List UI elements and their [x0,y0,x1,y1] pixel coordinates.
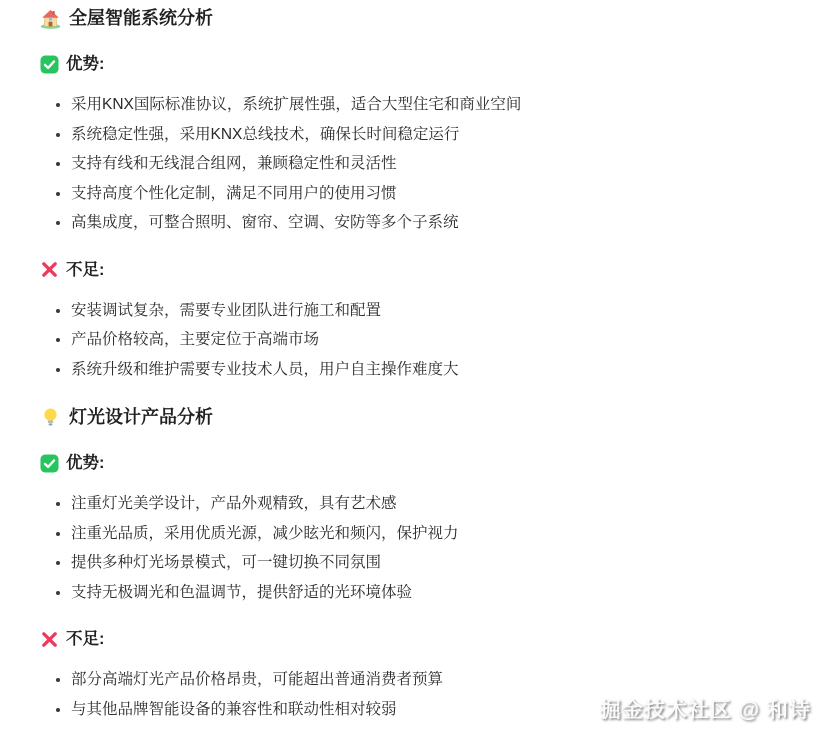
house-with-garden-icon [40,8,61,29]
list-item: 注重灯光美学设计，产品外观精致，具有艺术感 [71,489,831,519]
list-item: 部分高端灯光产品价格昂贵，可能超出普通消费者预算 [71,665,831,695]
list-item: 提供多种灯光场景模式，可一键切换不同氛围 [71,548,831,578]
green-check-icon [40,55,59,74]
pros-list: 注重灯光美学设计，产品外观精致，具有艺术感 注重光品质，采用优质光源，减少眩光和… [40,489,831,607]
section-smart-home-system: 全屋智能系统分析 优势: 采用KNX国际标准协议，系统扩展性强，适合大型住宅和商… [40,6,831,384]
pros-label: 优势: [40,451,831,475]
red-cross-icon [40,260,59,279]
list-item: 产品价格较高，主要定位于高端市场 [71,325,831,355]
list-item: 高集成度，可整合照明、窗帘、空调、安防等多个子系统 [71,208,831,238]
cons-label-text: 不足: [66,258,105,282]
list-item: 系统升级和维护需要专业技术人员，用户自主操作难度大 [71,355,831,385]
red-cross-icon [40,630,59,649]
watermark: 掘金技术社区 @ 和诗 [600,694,811,724]
list-item: 支持有线和无线混合组网，兼顾稳定性和灵活性 [71,149,831,179]
lightbulb-icon [40,407,61,428]
pros-list: 采用KNX国际标准协议，系统扩展性强，适合大型住宅和商业空间 系统稳定性强，采用… [40,90,831,238]
list-item: 支持无极调光和色温调节，提供舒适的光环境体验 [71,578,831,608]
section-title: 灯光设计产品分析 [40,405,831,429]
list-item: 支持高度个性化定制，满足不同用户的使用习惯 [71,179,831,209]
section-title: 全屋智能系统分析 [40,6,831,30]
list-item: 注重光品质，采用优质光源，减少眩光和频闪，保护视力 [71,519,831,549]
green-check-icon [40,454,59,473]
section-title-text: 全屋智能系统分析 [69,6,213,30]
analysis-document: 全屋智能系统分析 优势: 采用KNX国际标准协议，系统扩展性强，适合大型住宅和商… [40,6,831,724]
pros-label-text: 优势: [66,451,105,475]
cons-label: 不足: [40,627,831,651]
section-title-text: 灯光设计产品分析 [69,405,213,429]
list-item: 系统稳定性强，采用KNX总线技术，确保长时间稳定运行 [71,120,831,150]
cons-list: 安装调试复杂，需要专业团队进行施工和配置 产品价格较高，主要定位于高端市场 系统… [40,296,831,385]
section-lighting-design: 灯光设计产品分析 优势: 注重灯光美学设计，产品外观精致，具有艺术感 注重光品质… [40,405,831,724]
list-item: 安装调试复杂，需要专业团队进行施工和配置 [71,296,831,326]
cons-label-text: 不足: [66,627,105,651]
pros-label-text: 优势: [66,52,105,76]
list-item: 采用KNX国际标准协议，系统扩展性强，适合大型住宅和商业空间 [71,90,831,120]
pros-label: 优势: [40,52,831,76]
cons-label: 不足: [40,258,831,282]
